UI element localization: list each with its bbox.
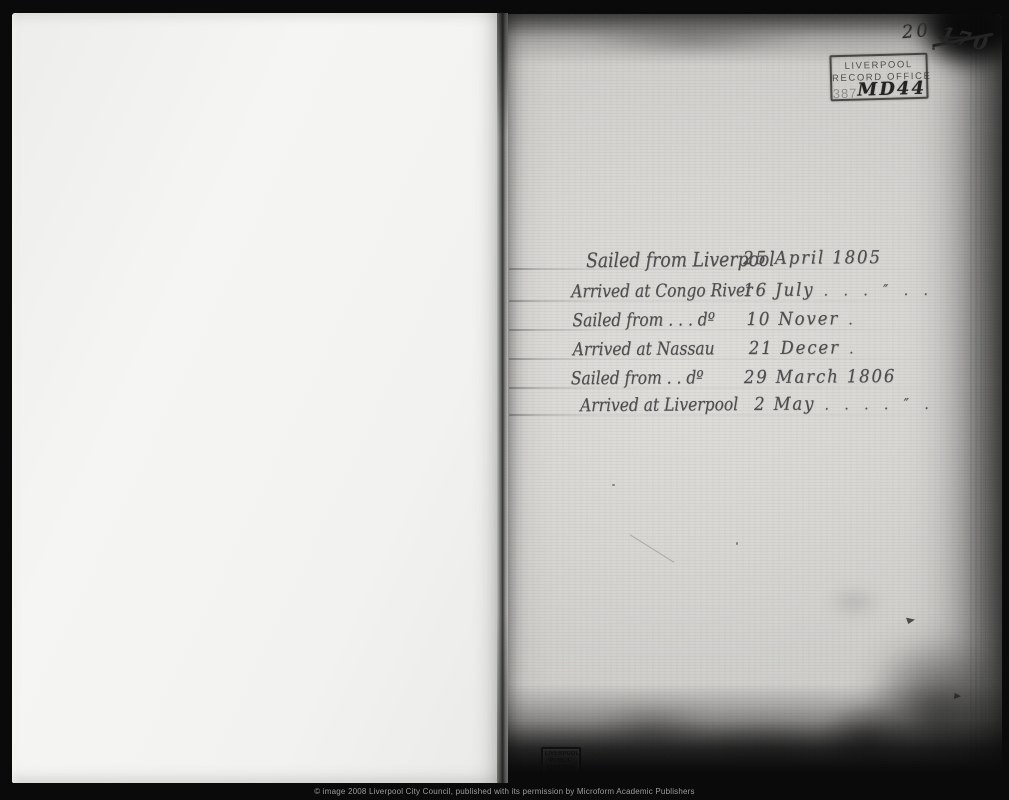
stain-blob — [826, 586, 882, 618]
log-entry-action: Sailed from . . . dº — [572, 309, 715, 331]
manuscript-scan: 20 170 LIVERPOOL RECORD OFFICE 387MD44 S… — [0, 0, 1009, 800]
log-entry-date-text: 21 Decer — [749, 337, 840, 359]
log-entry-ditto-trail: . . . . ″ . — [824, 395, 934, 414]
log-entry-date: 10 Nover. — [746, 308, 858, 330]
ink-speck — [736, 542, 738, 545]
log-entry-action: Sailed from . . dº — [571, 367, 704, 389]
page-bottom-shadow — [508, 684, 1002, 779]
log-entry-date: 16 July. . . ″ . . — [743, 279, 933, 301]
log-entry-date: 29 March 1806 — [744, 366, 906, 388]
log-entry-ditto-trail: . — [848, 310, 858, 328]
log-entry-action: Arrived at Liverpool — [580, 394, 738, 416]
book-gutter — [497, 13, 508, 783]
log-entry-date-text: 29 March 1806 — [744, 366, 897, 388]
log-entry-date: 2 May. . . . ″ . — [754, 393, 934, 415]
blank-left-page — [12, 13, 498, 783]
log-entry-ditto-trail: . — [849, 339, 859, 357]
log-entry-date: 21 Decer. — [749, 337, 859, 359]
log-entry-action: Arrived at Congo River — [571, 280, 752, 302]
log-entry-ditto-trail: . . . ″ . . — [824, 281, 934, 300]
ink-speck — [612, 484, 615, 486]
log-entry-action: Arrived at Nassau — [573, 338, 715, 360]
log-entry-date-text: 2 May — [754, 394, 815, 415]
footer-credit: © image 2008 Liverpool City Council, pub… — [0, 787, 1009, 796]
log-entry-date-text: 25 April 1805 — [743, 247, 882, 269]
log-entry-date-text: 16 July — [743, 280, 814, 301]
manuscript-right-page: 20 170 LIVERPOOL RECORD OFFICE 387MD44 S… — [508, 14, 1002, 779]
ink-speck — [704, 320, 706, 322]
log-entry-date-text: 10 Nover — [746, 308, 839, 330]
log-entry-date: 25 April 1805 — [743, 247, 891, 269]
